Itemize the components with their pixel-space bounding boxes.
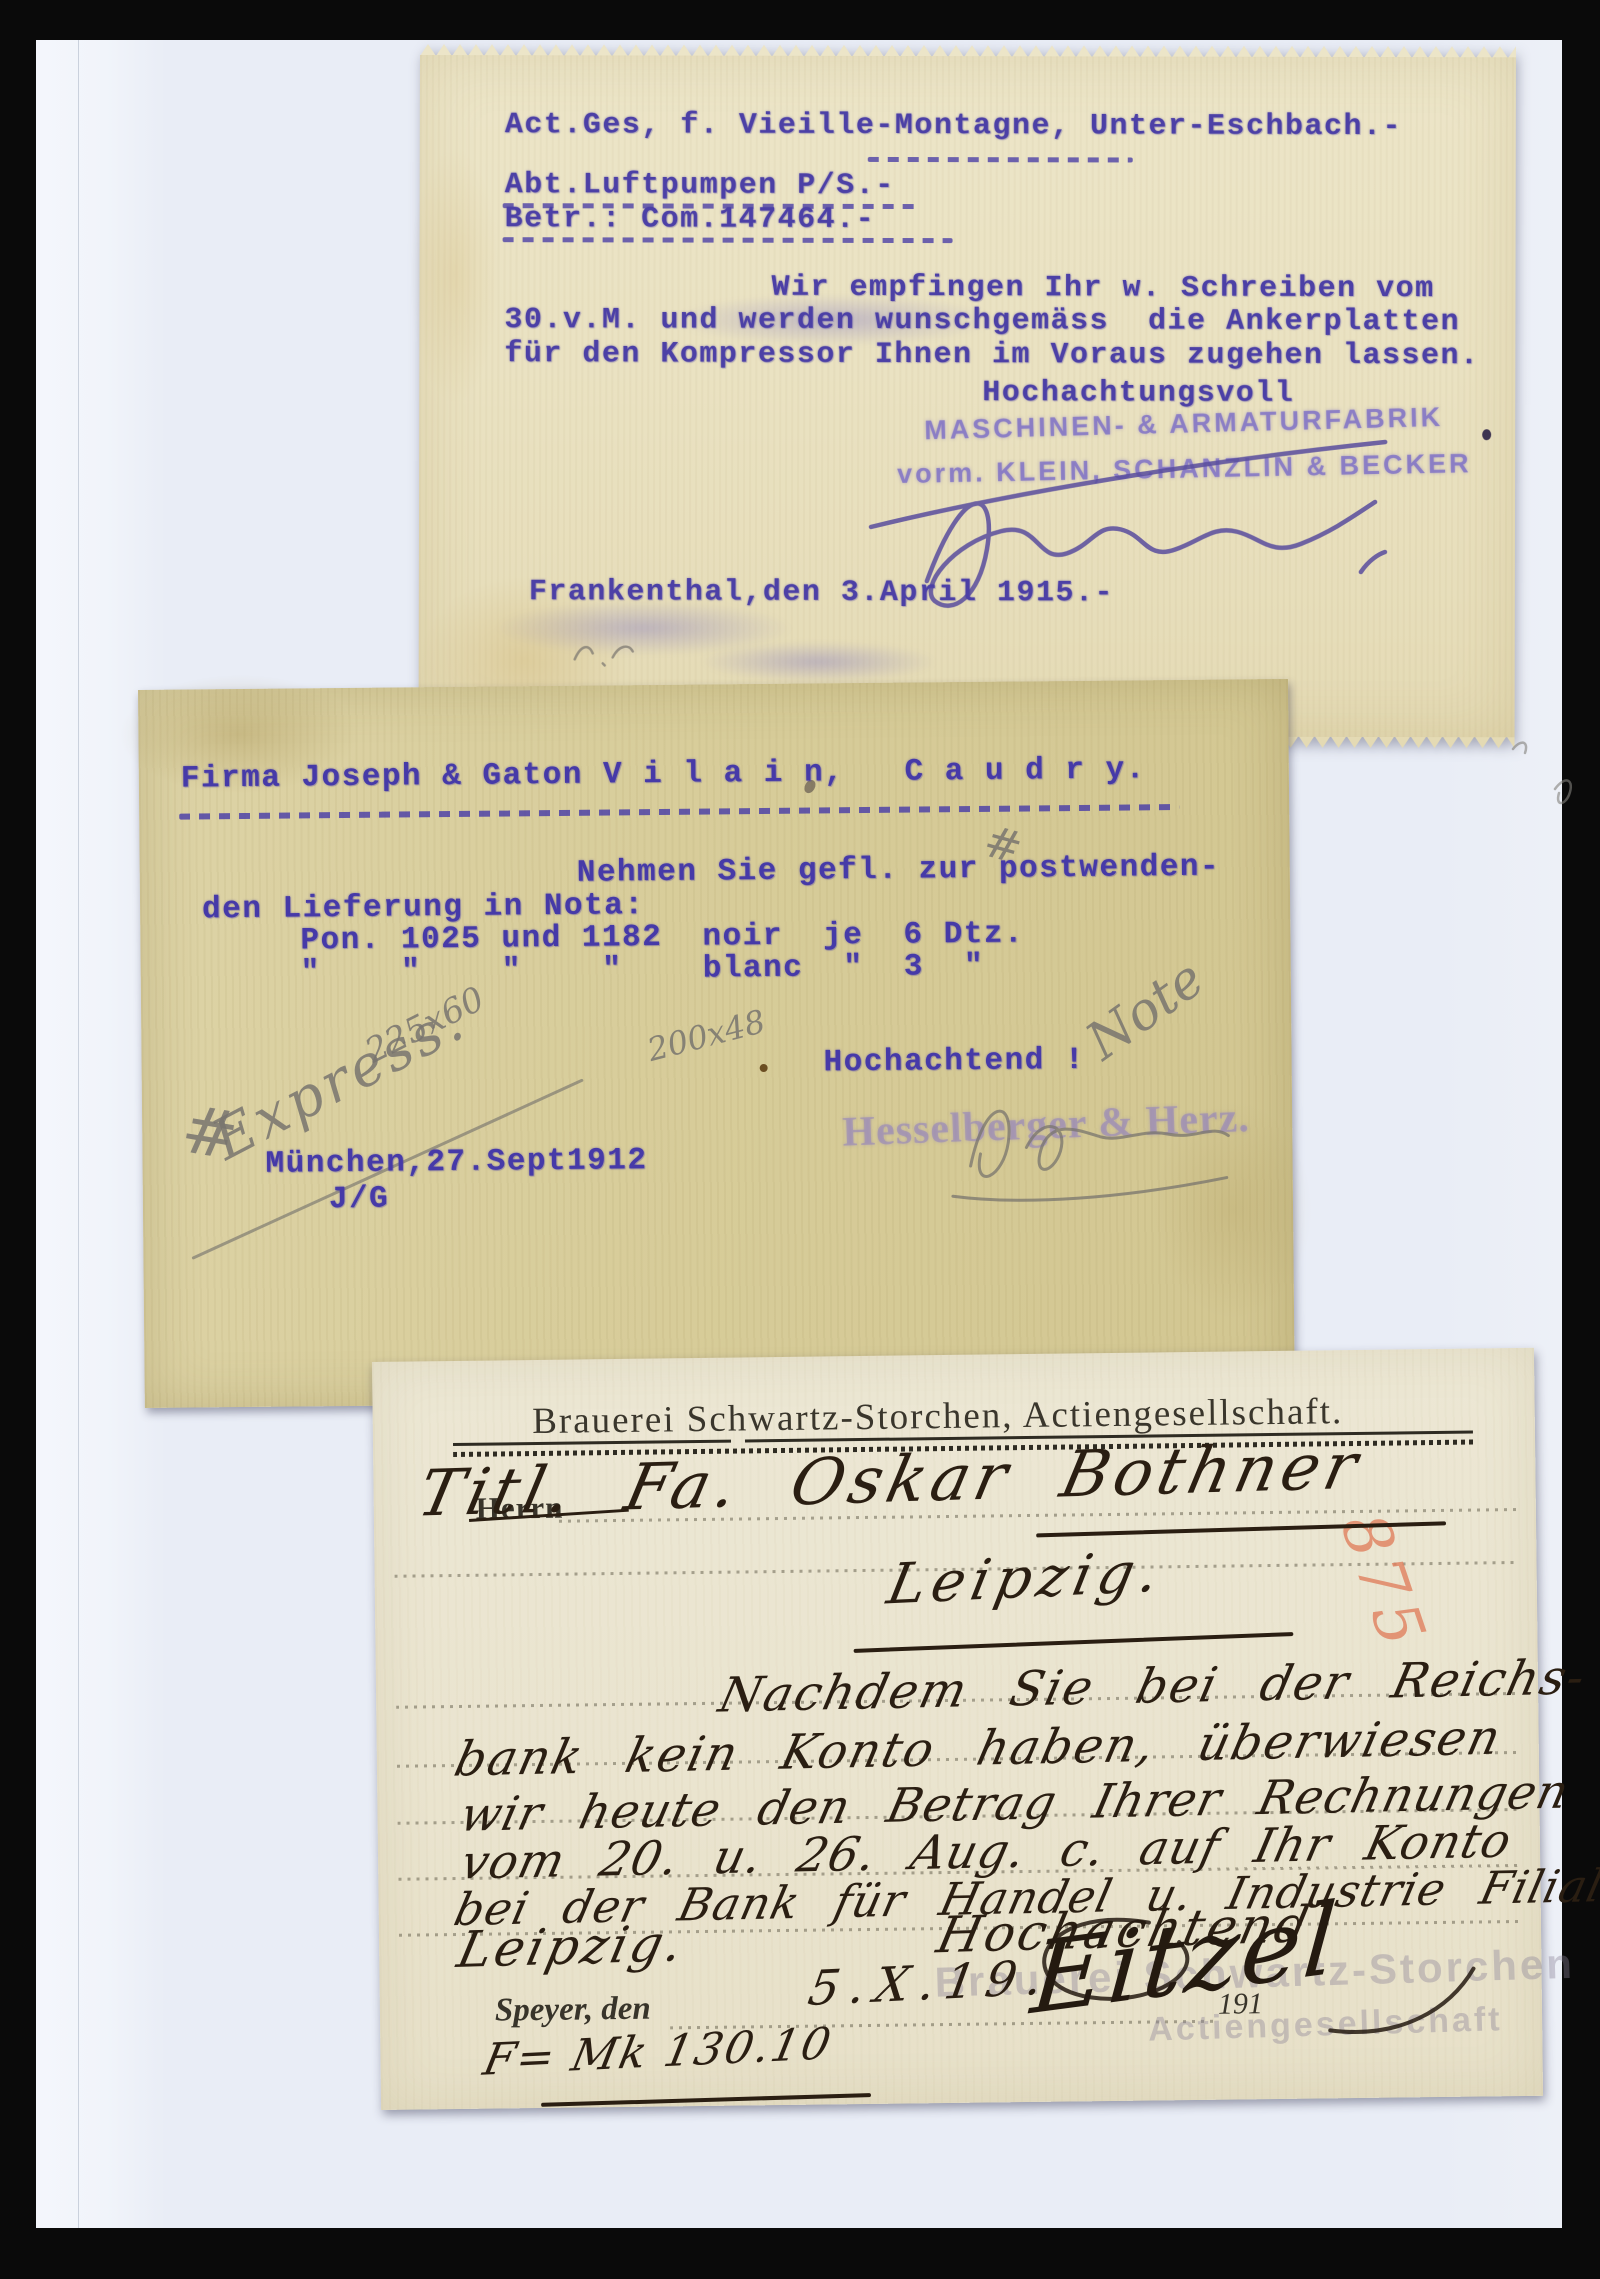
typed-heading: Act.Ges, f. Vieille-Montagne, Unter-Esch… — [505, 108, 1402, 144]
typed-body-line: für den Kompressor Ihnen im Voraus zugeh… — [504, 337, 1479, 374]
typed-initials: J/G — [329, 1182, 390, 1218]
card-muenchen-1912: Firma Joseph & Gaton V i l a i n, C a u … — [138, 679, 1295, 1408]
card-speyer-brauerei: Brauerei Schwartz-Storchen, Actiengesell… — [372, 1348, 1543, 2110]
typed-dash-underline — [503, 237, 953, 243]
signature-flourish — [999, 1889, 1481, 2095]
typed-body-line: Nehmen Sie gefl. zur postwenden- — [577, 850, 1221, 892]
offset-ink-smudge — [699, 642, 939, 683]
typed-dash-rule — [868, 157, 1133, 163]
pencil-dimension-note: 200x48 — [643, 1002, 769, 1069]
handwritten-body-line: Leipzig. — [452, 1914, 691, 1979]
pencil-note-word: Note — [1076, 949, 1215, 1073]
printed-place-date: Speyer, den — [495, 1991, 651, 2030]
typed-body-line: " " " " blanc " 3 " — [301, 949, 985, 991]
typed-closing: Hochachtend ! — [823, 1043, 1085, 1081]
paper-stain — [409, 145, 500, 405]
scanned-album-page: { "frame": {"border_color": "#0a0a0a", "… — [0, 0, 1600, 2279]
typed-dateline: München,27.Sept1912 — [265, 1143, 647, 1182]
handwritten-addressee: Titl. Fa. Oskar Bothner — [412, 1430, 1369, 1532]
card-frankenthal-1915: Act.Ges, f. Vieille-Montagne, Unter-Esch… — [419, 44, 1516, 748]
typed-dateline: Frankenthal,den 3.April 1915.- — [529, 575, 1114, 611]
card-frankenthal-paper: Act.Ges, f. Vieille-Montagne, Unter-Esch… — [419, 55, 1516, 737]
pencil-mark — [569, 633, 639, 673]
pencil-mark — [1495, 735, 1585, 825]
ink-underline-flourish — [854, 1632, 1294, 1653]
typed-body-line: Wir empfingen Ihr w. Schreiben vom — [771, 271, 1434, 307]
ink-speck — [1482, 429, 1491, 440]
handwritten-address-city: Leipzig. — [882, 1540, 1170, 1618]
ink-speck — [760, 1064, 768, 1072]
typed-ref-commission: Betr.: Com.147464.- — [505, 202, 876, 237]
typed-ref-department: Abt.Luftpumpen P/S.- — [505, 168, 895, 203]
typed-dash-rule — [179, 804, 1179, 820]
typed-body-line: 30.v.M. und werden wunschgemäss die Anke… — [504, 303, 1460, 340]
pencil-signature-scrawl — [942, 1078, 1233, 1221]
